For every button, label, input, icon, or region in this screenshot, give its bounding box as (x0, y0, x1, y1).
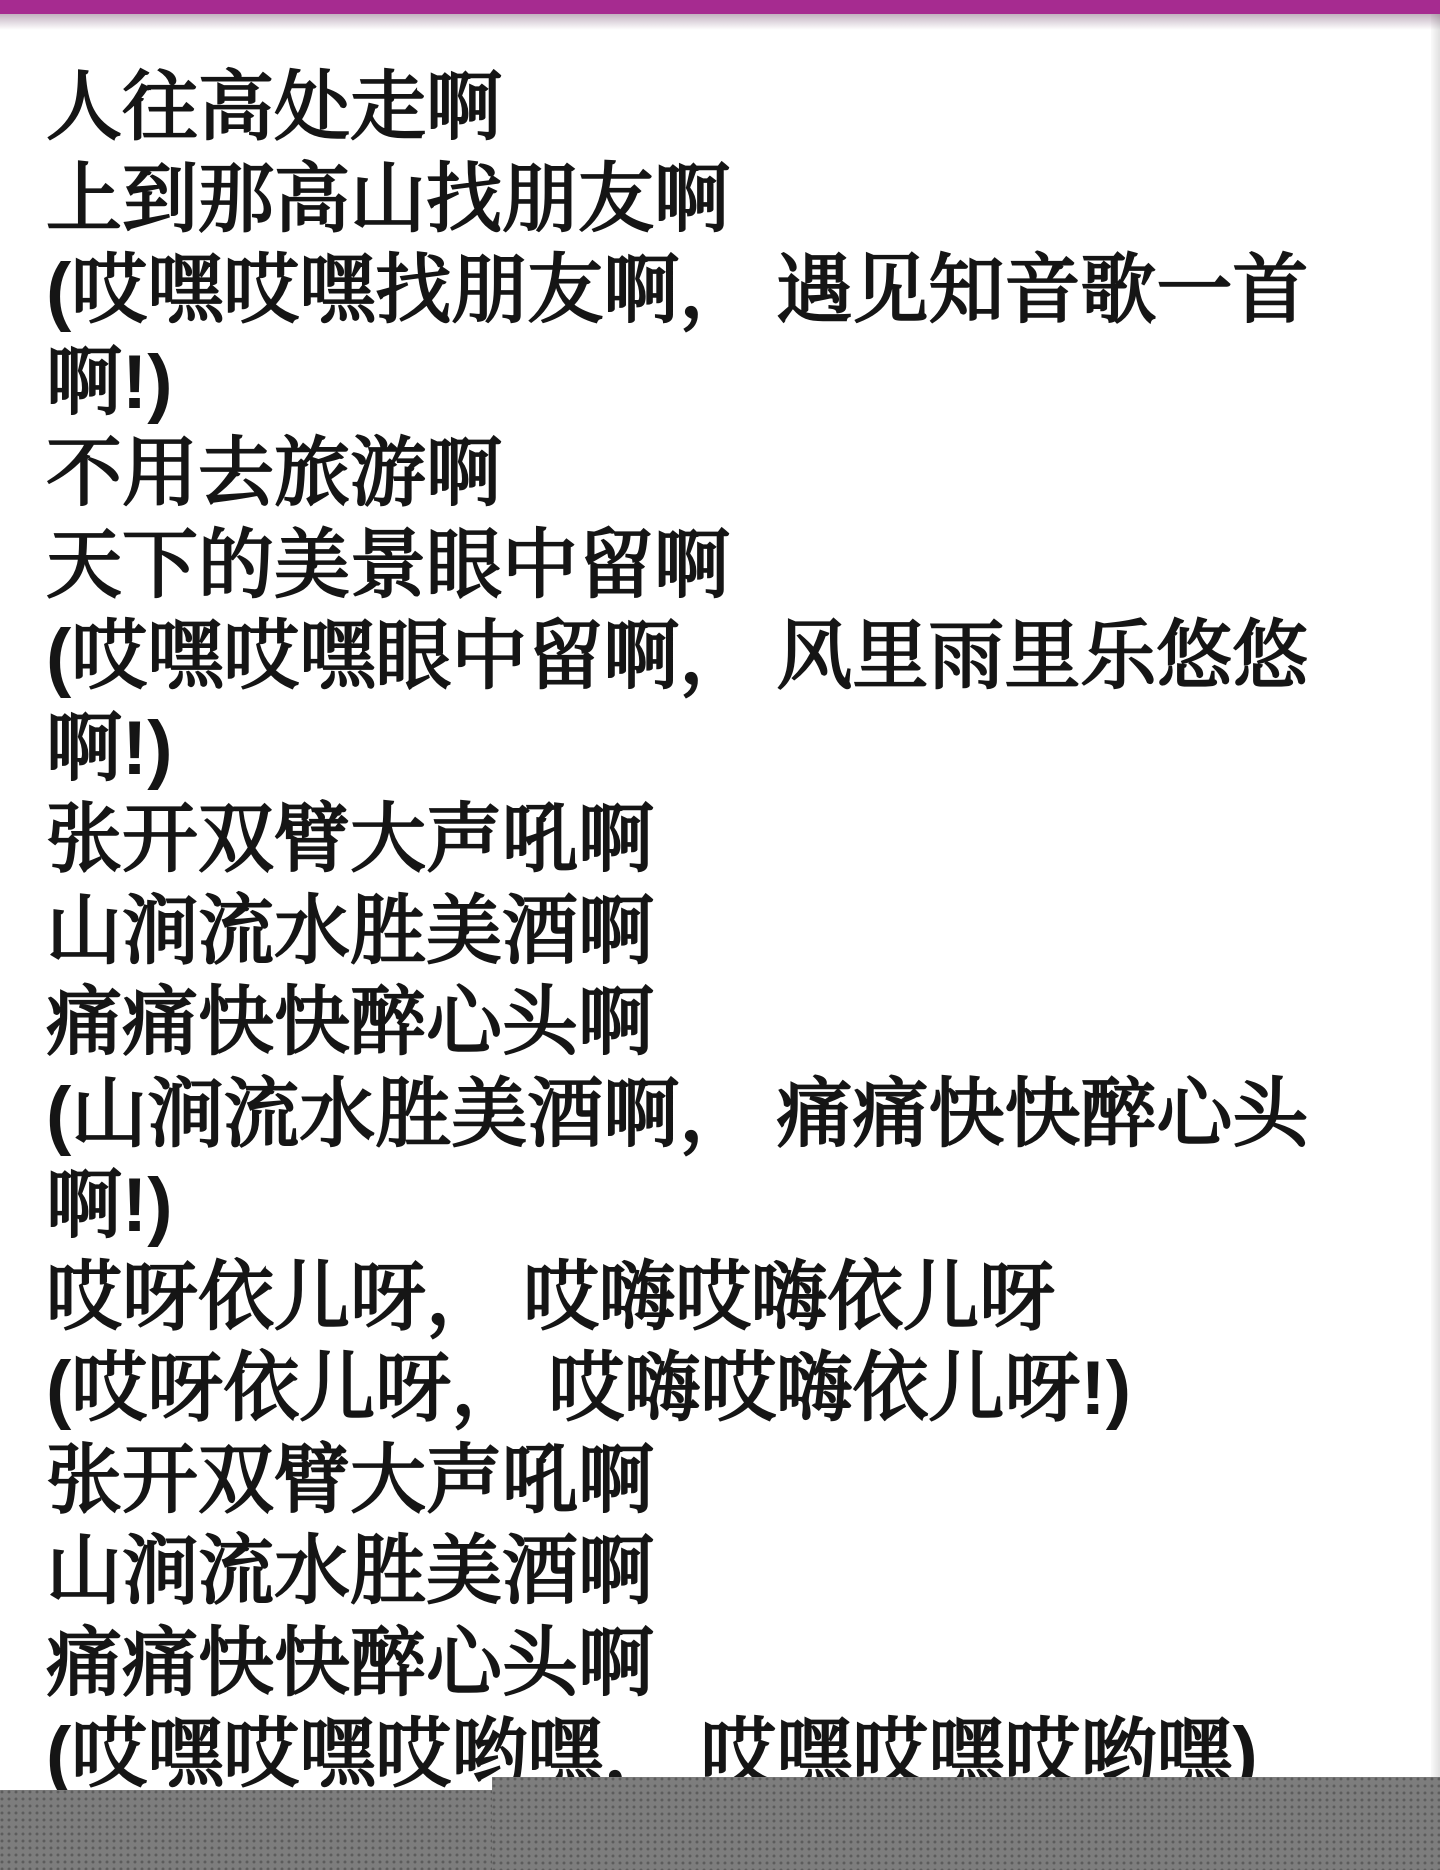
lyric-line: 人往高处走啊 (46, 62, 1436, 154)
lyric-line: (山涧流水胜美酒啊， 痛痛快快醉心头 (46, 1069, 1436, 1161)
lyric-line: 张开双臂大声吼啊 (46, 794, 1436, 886)
lyrics-page: 人往高处走啊上到那高山找朋友啊(哎嘿哎嘿找朋友啊， 遇见知音歌一首啊!)不用去旅… (0, 0, 1440, 1870)
page-right-edge-shadow (1431, 14, 1440, 1870)
lyric-line: (哎嘿哎嘿找朋友啊， 遇见知音歌一首 (46, 245, 1436, 337)
lyric-line: 啊!) (46, 703, 1436, 795)
lyric-line: 啊!) (46, 337, 1436, 429)
lyric-line: 哎呀依儿呀， 哎嗨哎嗨依儿呀 (46, 1252, 1436, 1344)
bottom-scrim-left (0, 1790, 492, 1870)
lyric-line: 山涧流水胜美酒啊 (46, 1526, 1436, 1618)
lyric-line: (哎嘿哎嘿眼中留啊， 风里雨里乐悠悠 (46, 611, 1436, 703)
header-bar-shadow (0, 14, 1440, 30)
lyric-line: 山涧流水胜美酒啊 (46, 886, 1436, 978)
lyric-line: 张开双臂大声吼啊 (46, 1435, 1436, 1527)
lyric-line: 痛痛快快醉心头啊 (46, 1618, 1436, 1710)
lyric-line: 痛痛快快醉心头啊 (46, 977, 1436, 1069)
lyric-line: 啊!) (46, 1160, 1436, 1252)
lyric-line: 不用去旅游啊 (46, 428, 1436, 520)
bottom-scrim-right (492, 1777, 1440, 1870)
lyric-line: (哎呀依儿呀， 哎嗨哎嗨依儿呀!) (46, 1343, 1436, 1435)
app-header-bar (0, 0, 1440, 14)
lyrics-text: 人往高处走啊上到那高山找朋友啊(哎嘿哎嘿找朋友啊， 遇见知音歌一首啊!)不用去旅… (46, 62, 1436, 1801)
lyric-line: 上到那高山找朋友啊 (46, 154, 1436, 246)
lyric-line: 天下的美景眼中留啊 (46, 520, 1436, 612)
